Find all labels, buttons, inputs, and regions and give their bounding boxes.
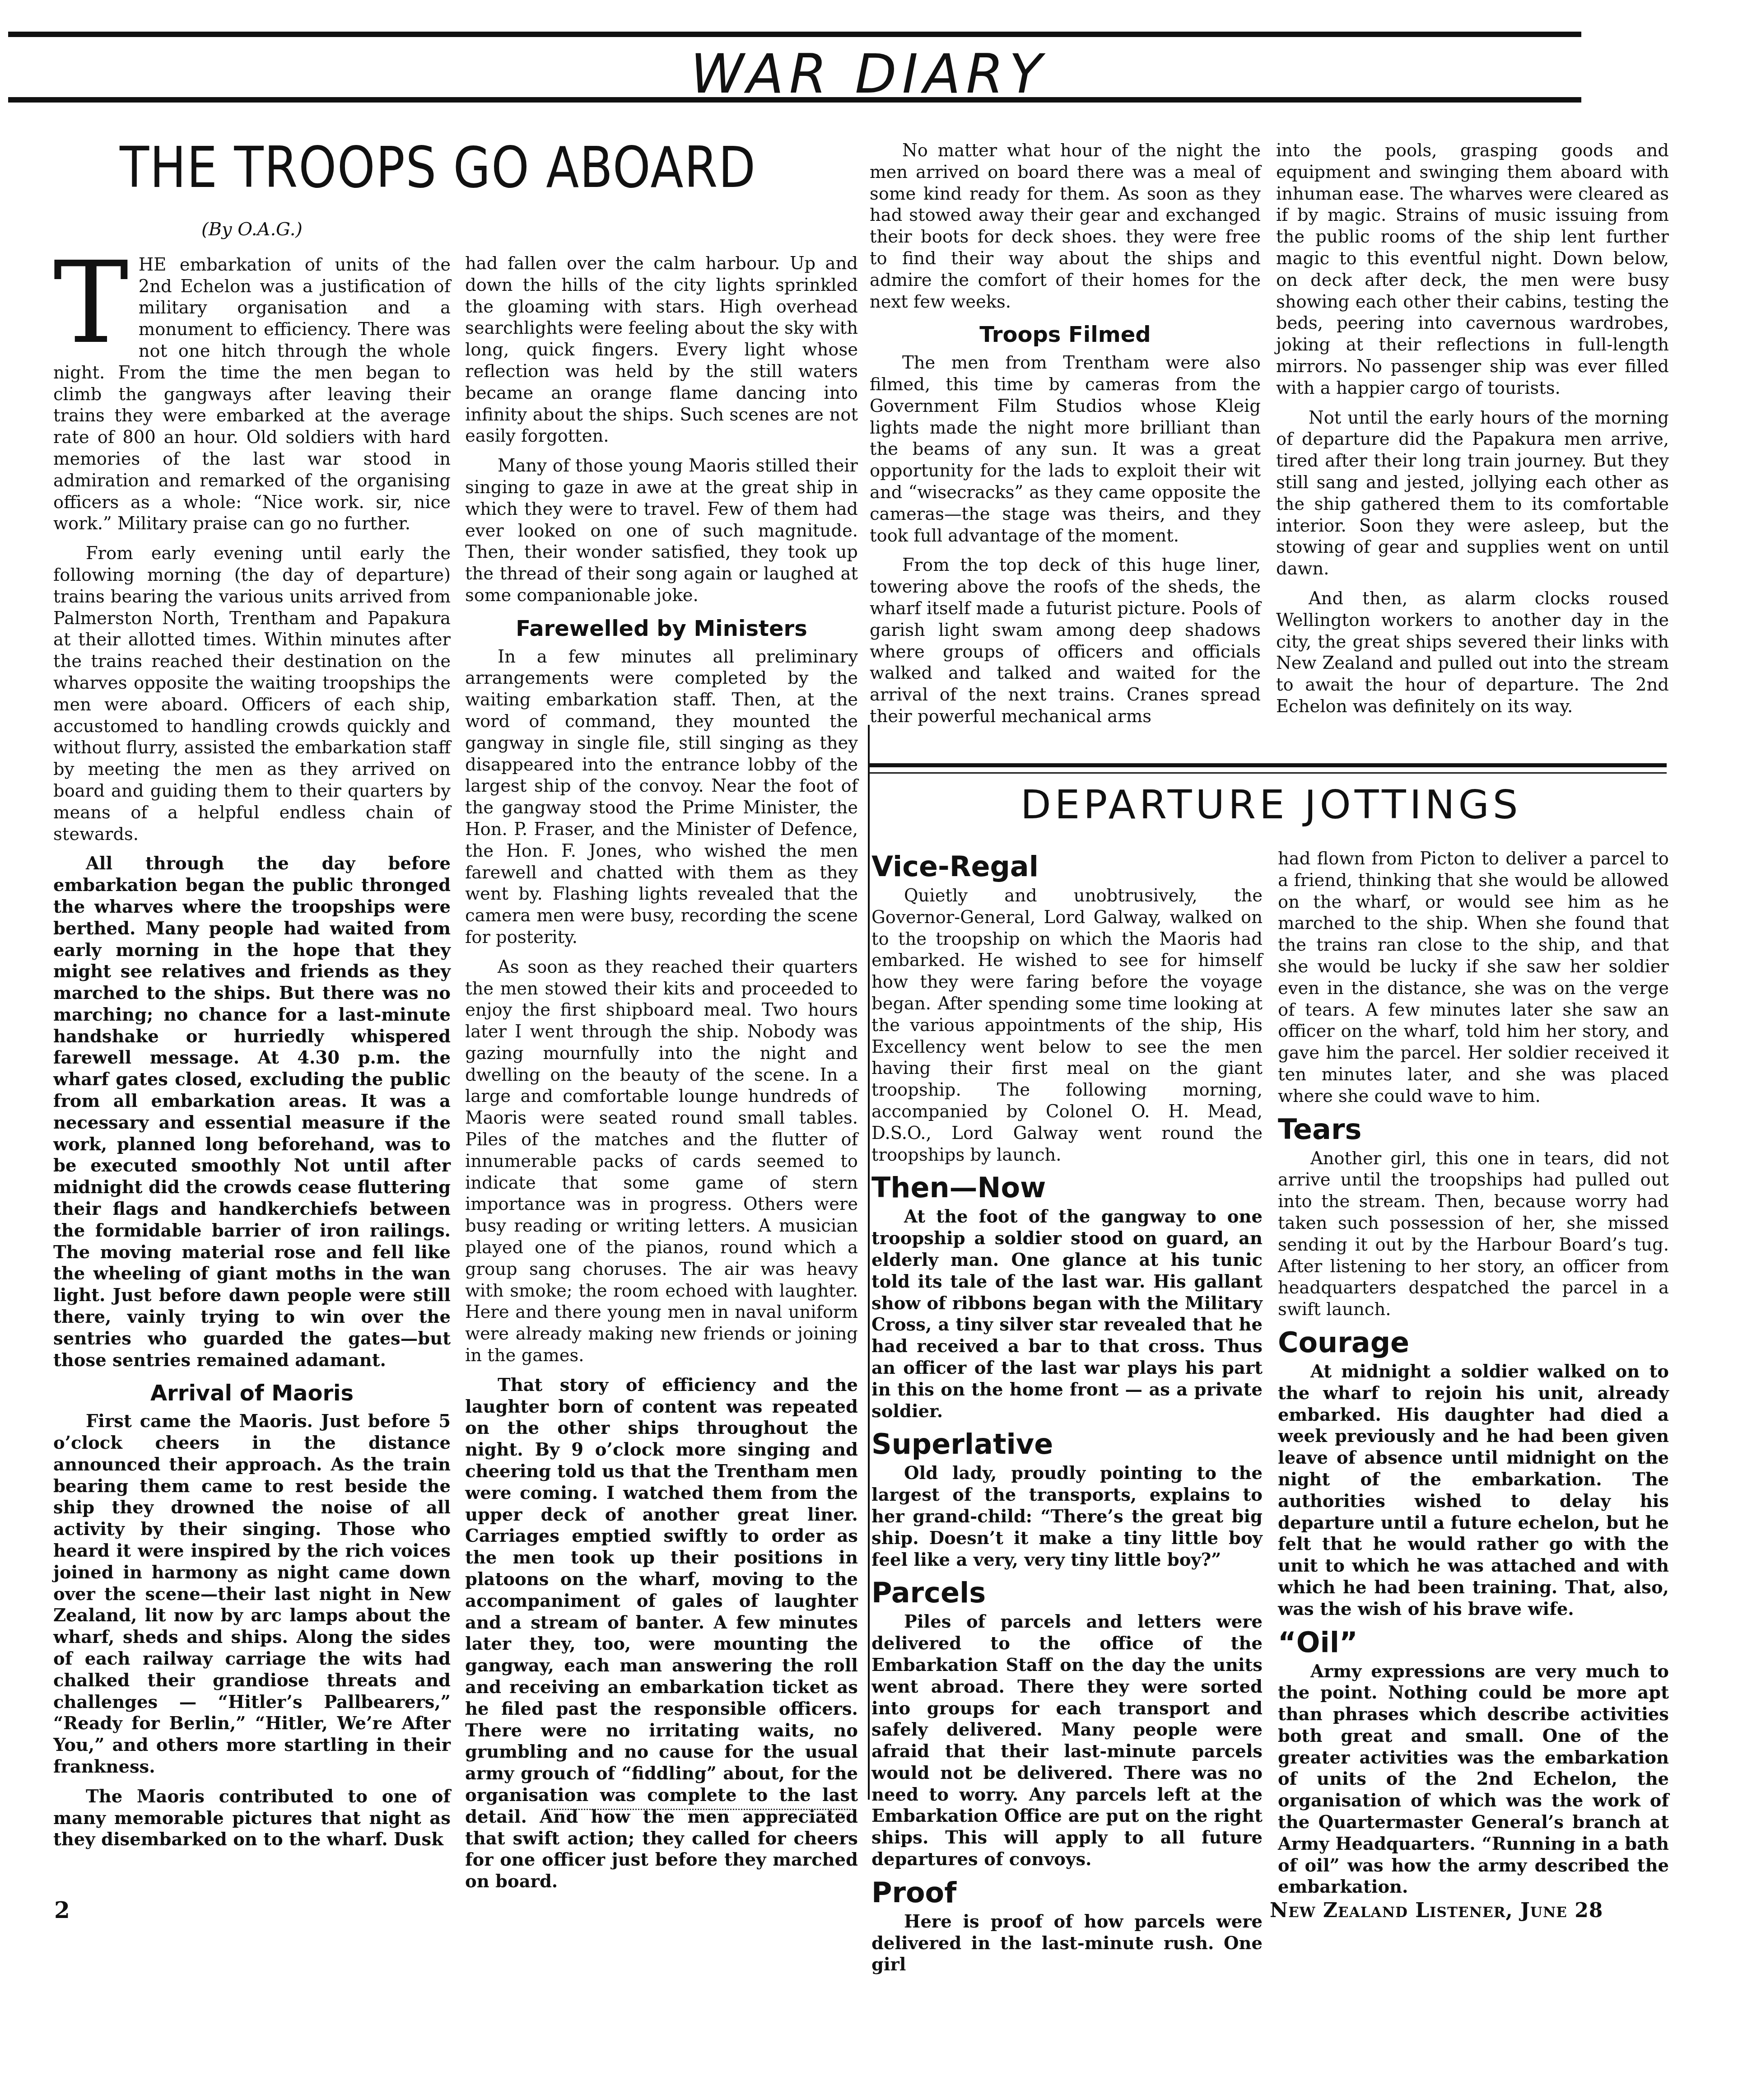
article-column-1: (By O.A.G.) T HE embarkation of units of… [53,219,451,1859]
article-column-4: into the pools, grasping goods and equip… [1276,140,1669,726]
article-paragraph: had fallen over the calm harbour. Up and… [465,253,858,447]
jotting-text-continued: had flown from Picton to deliver a parce… [1278,848,1669,1107]
article-paragraph: Not until the early hours of the morning… [1276,407,1669,580]
jottings-top-rule-thin [870,772,1667,774]
jotting-text: Piles of parcels and letters were delive… [871,1611,1263,1871]
masthead-top-rule [8,32,1581,37]
article-paragraph: In a few minutes all preliminary arrange… [465,646,858,948]
masthead-title: WAR DIARY [0,43,1738,106]
page-number: 2 [54,1897,70,1923]
jotting-heading-proof: Proof [871,1877,1263,1909]
jotting-text: At midnight a soldier walked on to the w… [1278,1361,1669,1620]
jotting-heading-courage: Courage [1278,1327,1669,1358]
subhead-troops-filmed: Troops Filmed [870,324,1261,346]
jotting-text: Quietly and unobtrusively, the Governor-… [871,885,1263,1166]
column-divider [868,725,870,1800]
subhead-farewelled-by-ministers: Farewelled by Ministers [465,618,858,640]
jotting-text: Another girl, this one in tears, did not… [1278,1148,1669,1321]
article-paragraph: The Maoris contributed to one of many me… [53,1786,451,1851]
article-paragraph: Many of those young Maoris stilled their… [465,455,858,607]
article-headline: THE TROOPS GO ABOARD [120,135,756,201]
drop-cap: T [53,258,129,348]
article-paragraph: into the pools, grasping goods and equip… [1276,140,1669,399]
article-paragraph: And then, as alarm clocks roused Welling… [1276,588,1669,718]
article-paragraph: That story of efficiency and the laughte… [465,1375,858,1893]
jotting-heading-parcels: Parcels [871,1577,1263,1609]
article-column-2: had fallen over the calm harbour. Up and… [465,253,858,1901]
article-paragraph: No matter what hour of the night the men… [870,140,1261,313]
article-paragraph: From early evening until early the follo… [53,543,451,845]
article-paragraph: All through the day before embarkation b… [53,853,451,1371]
publication-footer: New Zealand Listener, June 28 [1270,1899,1603,1922]
article-column-3: No matter what hour of the night the men… [870,140,1261,736]
jotting-heading-superlative: Superlative [871,1428,1263,1460]
subhead-arrival-of-maoris: Arrival of Maoris [53,1383,451,1405]
jotting-text: At the foot of the gangway to one troops… [871,1206,1263,1422]
jottings-title: DEPARTURE JOTTINGS [1020,781,1522,828]
jotting-heading-oil: “Oil” [1278,1627,1669,1658]
column-end-dotted-rule [546,1809,853,1810]
jotting-heading-tears: Tears [1278,1114,1669,1145]
jottings-column-left: Vice-Regal Quietly and unobtrusively, th… [871,845,1263,1984]
jotting-heading-vice-regal: Vice-Regal [871,851,1263,882]
masthead-bottom-rule [8,97,1581,103]
jotting-text: Army expressions are very much to the po… [1278,1661,1669,1899]
jotting-text: Here is proof of how parcels were delive… [871,1911,1263,1976]
article-paragraph: First came the Maoris. Just before 5 o’c… [53,1411,451,1778]
article-paragraph: From the top deck of this huge liner, to… [870,555,1261,727]
article-paragraph: The men from Trentham were also filmed, … [870,352,1261,546]
article-paragraph: As soon as they reached their quarters t… [465,957,858,1367]
jottings-column-right: had flown from Picton to deliver a parce… [1278,848,1669,1906]
jotting-text: Old lady, proudly pointing to the larges… [871,1463,1263,1571]
jottings-top-rule-thick [870,763,1667,767]
jotting-heading-then-now: Then—Now [871,1172,1263,1204]
